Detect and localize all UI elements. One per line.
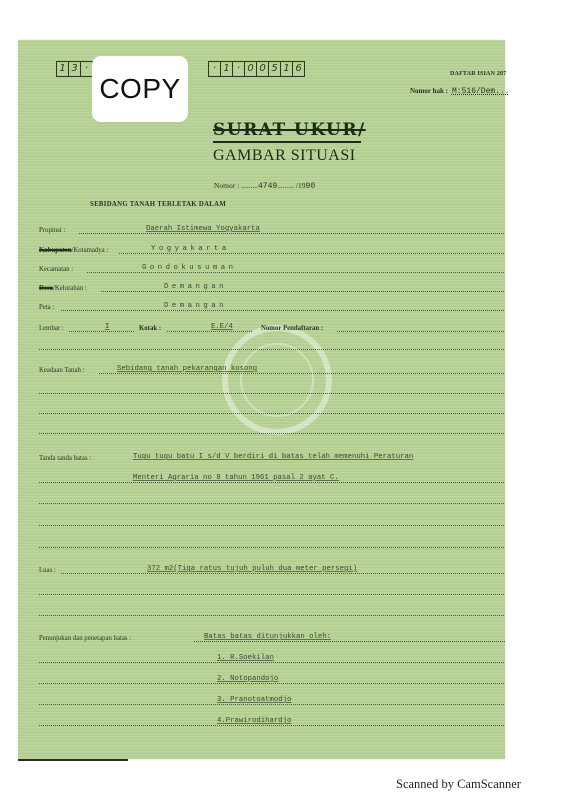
blank-line [39,384,505,396]
dotted-line [194,641,505,642]
dotted-line [39,704,505,705]
blank-line [39,340,505,352]
dotted-line [99,373,505,374]
kotamadya-value: Yogyakarta [151,245,230,253]
kecamatan-label: Kecamatan : [39,266,73,273]
blank-line [39,404,505,416]
dotted-line [39,615,505,616]
section-heading: SEBIDANG TANAH TERLETAK DALAM [90,201,226,208]
dotted-line [69,331,135,332]
nomor-pendaftaran-label: Nomor Pendaftaran : [261,325,323,332]
field-propinsi: Propinsi : Daerah Istimewa Yogyakarta [39,224,505,236]
tanda-batas-line2: Menteri Agraria no 8 tahun 1961 pasal 2 … [133,474,339,482]
form-code: DAFTAR ISIAN 207 [450,71,506,77]
nomor-hak: Nomor hak :M:516/Dem... [410,87,510,96]
peta-value: Demangan [164,302,227,310]
penunjukan-label: Penunjukan dan penetapan batas : [39,635,131,642]
field-tanda-batas-line2: Menteri Agraria no 8 tahun 1961 pasal 2 … [39,473,505,485]
kecamatan-value: Gondokusuman [142,264,237,272]
penunjukan-value: Batas batas ditunjukkan oleh: [204,633,331,641]
document-number-boxes-right: · 1 · 0 0 5 1 6 [208,61,304,77]
person-name: 2. Notopandojo [217,675,278,683]
field-tanda-batas: Tanda tanda batas : Tugu tugu batu I s/d… [39,452,505,464]
dotted-line [119,253,505,254]
keadaan-tanah-label: Keadaan Tanah : [39,367,84,374]
propinsi-value: Daerah Istimewa Yogyakarta [146,225,260,233]
title-rule [213,141,361,143]
luas-value: 372 m2(Tiga ratus tujuh puluh dua meter … [147,565,357,573]
document-number-boxes-left: 1 3 · [56,61,92,77]
dotted-line [167,331,253,332]
dotted-line [39,393,505,394]
keadaan-tanah-value: Sebidang tanah pekarangan kosong [117,365,257,373]
blank-line [39,424,505,436]
document-nomor: Nomor : .........4749......... /1990 [214,181,315,191]
dotted-line [39,349,505,350]
blank-line [39,516,505,528]
dotted-line [39,725,505,726]
person-name: 4.Prawirodihardjo [217,717,291,725]
paper-edge-shadow [18,759,128,761]
nomor-hak-value: M:516/Dem... [452,87,510,96]
nomor-value: 4749 [258,182,277,191]
kotak-value: E.E/4 [211,323,233,331]
kelurahan-value: Demangan [164,283,227,291]
dotted-line [39,525,505,526]
field-kelurahan: Desa/Kelurahan : Demangan [39,282,505,294]
kotamadya-label: Kabupaten/Kotamadya : [39,247,108,254]
person-row: 3. Pranotoatmodjo [39,695,505,707]
dotted-line [39,662,505,663]
field-kecamatan: Kecamatan : Gondokusuman [39,263,505,275]
dotted-line [61,573,505,574]
blank-line [39,538,505,550]
year-prefix: /19 [296,181,306,190]
blank-line [39,494,505,506]
field-keadaan-tanah: Keadaan Tanah : Sebidang tanah pekaranga… [39,364,505,376]
lembar-value: I [105,323,109,331]
dotted-line [337,331,505,332]
dotted-line [39,547,505,548]
lembar-label: Lembar : [39,325,64,332]
field-lembar-kotak: Lembar : I Kotak : E.E/4 Nomor Pendaftar… [39,322,505,334]
copy-watermark-badge: COPY [92,56,188,122]
dotted-line [39,433,505,434]
peta-label: Peta : [39,304,54,311]
dotted-line [39,482,505,483]
person-row: 2. Notopandojo [39,674,505,686]
number-box: 6 [292,61,305,77]
nomor-hak-label: Nomor hak : [410,87,448,95]
scanner-credit: Scanned by CamScanner [396,777,521,792]
dotted-line [39,594,505,595]
year-value: 90 [306,182,316,191]
person-name: 1. R.Soekilan [217,654,274,662]
blank-line [39,585,505,597]
dotted-line [79,233,505,234]
kelurahan-label: Desa/Kelurahan : [39,285,87,292]
propinsi-label: Propinsi : [39,227,65,234]
field-kotamadya: Kabupaten/Kotamadya : Yogyakarta [39,244,505,256]
field-luas: Luas : 372 m2(Tiga ratus tujuh puluh dua… [39,564,505,576]
dotted-line [87,272,505,273]
tanda-batas-line1: Tugu tugu batu I s/d V berdiri di batas … [133,453,413,461]
dotted-line [39,503,505,504]
dotted-line [39,683,505,684]
person-row: 4.Prawirodihardjo [39,716,505,728]
person-row: 1. R.Soekilan [39,653,505,665]
dotted-line [39,413,505,414]
tanda-batas-label: Tanda tanda batas : [39,455,91,462]
field-peta: Peta : Demangan [39,301,505,313]
luas-label: Luas : [39,567,56,574]
nomor-label: Nomor : [214,181,239,190]
dotted-line [61,310,505,311]
kotak-label: Kotak : [139,325,161,332]
person-name: 3. Pranotoatmodjo [217,696,291,704]
title-gambar-situasi: GAMBAR SITUASI [213,147,356,165]
field-penunjukan: Penunjukan dan penetapan batas : Batas b… [39,632,505,644]
title-surat-ukur-struck: SURAT UKUR/ [213,120,366,140]
blank-line [39,606,505,618]
dotted-line [101,291,505,292]
